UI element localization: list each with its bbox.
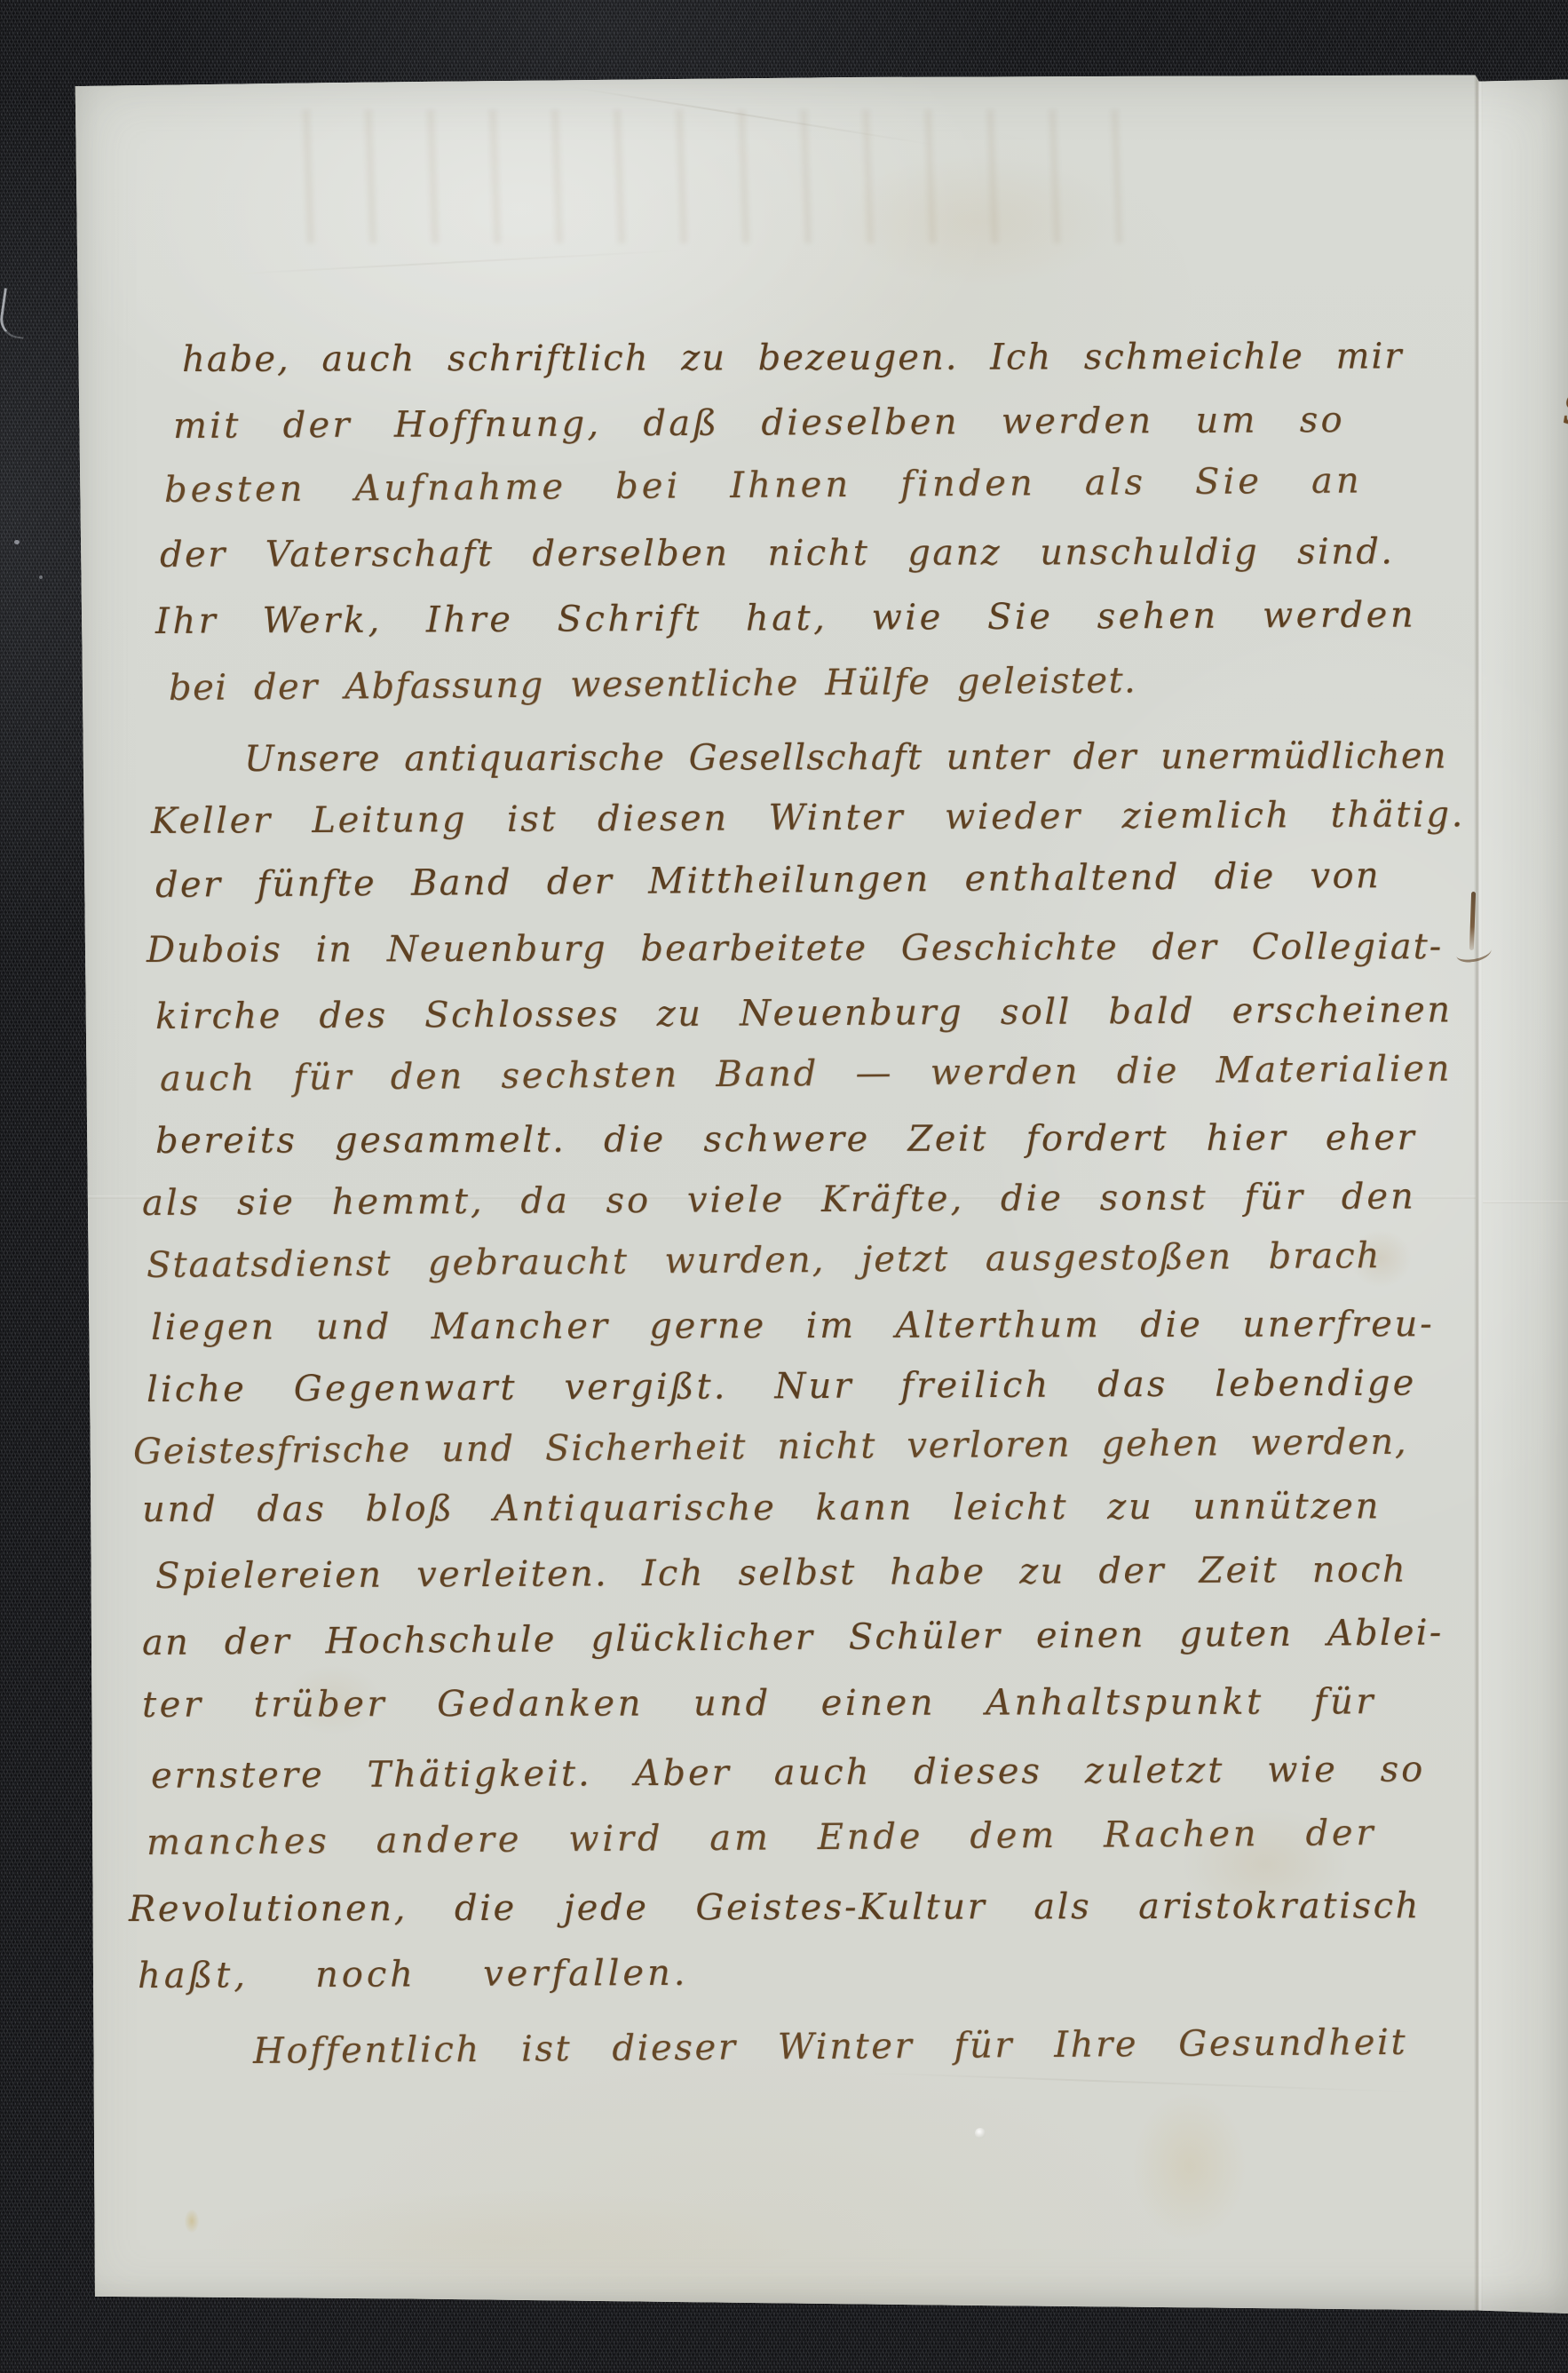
page2-fragment: Sch — [1509, 383, 1568, 435]
page2-fragment: br — [1509, 988, 1568, 1032]
page2-fragment: o — [1509, 1157, 1568, 1201]
page2-fragment: zi — [1509, 649, 1568, 693]
fabric-speck — [14, 540, 20, 544]
page2-fragment: mit — [1509, 716, 1568, 759]
page2-fragment: m — [1509, 584, 1568, 628]
fabric-speck — [39, 575, 43, 579]
letter-sheet: habe, auch schriftlich zu bezeugen. Ich … — [71, 75, 1568, 2314]
second-page-fragment-layer: mSchffomzimitschnJbro — [71, 75, 1568, 2314]
page2-fragment: n — [1509, 867, 1568, 910]
page2-fragment: fo — [1509, 527, 1568, 570]
page2-fragment: f — [1509, 456, 1568, 499]
page2-fragment: J — [1509, 940, 1568, 992]
page2-fragment: m — [1509, 322, 1568, 366]
page2-fragment: sch — [1509, 800, 1568, 844]
scanned-letter-photo: habe, auch schriftlich zu bezeugen. Ich … — [0, 0, 1568, 2373]
